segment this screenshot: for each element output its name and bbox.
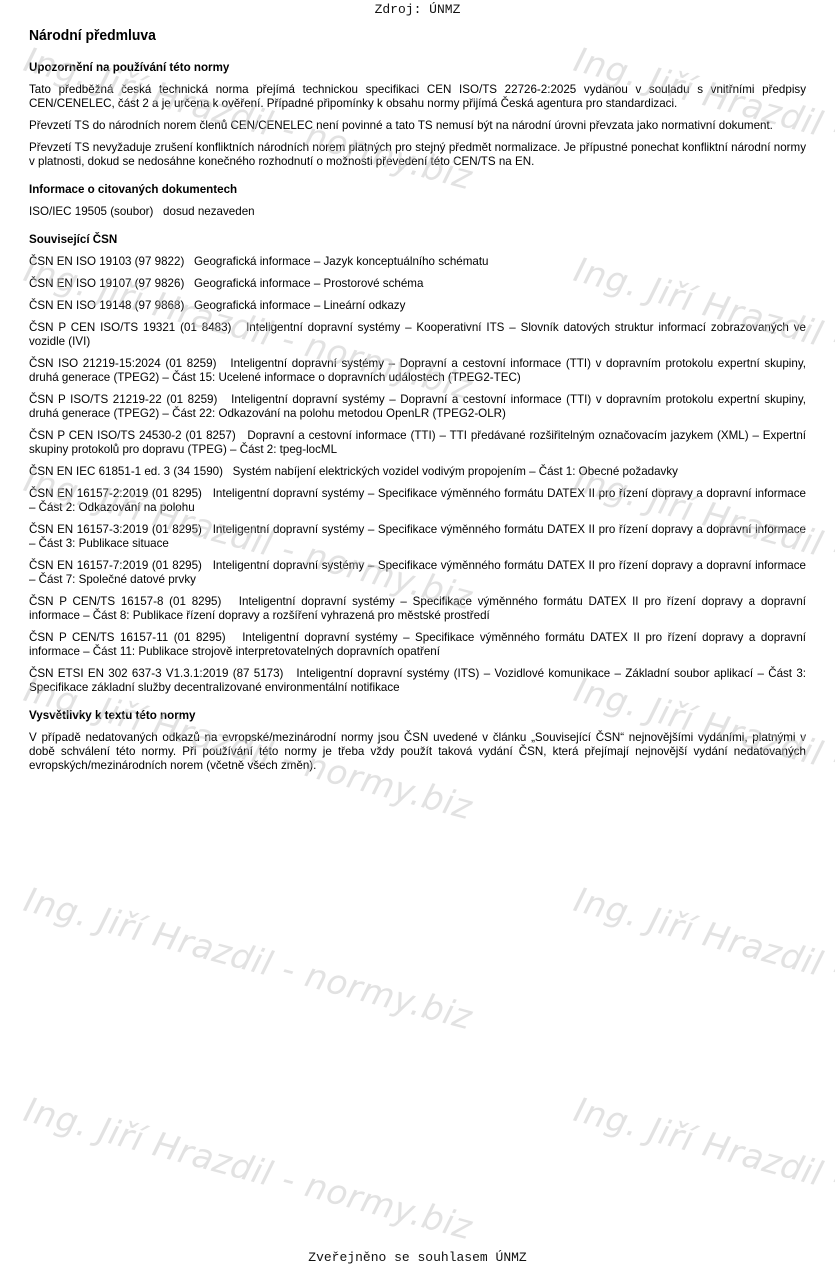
watermark-text: Ing. Jiří Hrazdil - normy.biz xyxy=(570,1090,835,1248)
section-related-standards: Související ČSN ČSN EN ISO 19103 (97 982… xyxy=(29,233,806,695)
reference-item: ČSN ISO 21219-15:2024 (01 8259) Intelige… xyxy=(29,357,806,385)
reference-separator xyxy=(221,595,238,608)
source-footer: Zveřejněno se souhlasem ÚNMZ xyxy=(0,1250,835,1265)
watermark-text: Ing. Jiří Hrazdil - normy.biz xyxy=(570,880,835,1038)
reference-separator xyxy=(217,393,231,406)
reference-code: ISO/IEC 19505 (soubor) xyxy=(29,205,153,218)
reference-code: ČSN EN 16157-2:2019 (01 8295) xyxy=(29,487,202,500)
reference-title: Systém nabíjení elektrických vozidel vod… xyxy=(233,465,678,478)
reference-item: ČSN EN ISO 19107 (97 9826) Geografická i… xyxy=(29,277,806,291)
reference-code: ČSN EN 16157-3:2019 (01 8295) xyxy=(29,523,202,536)
reference-separator xyxy=(236,429,248,442)
reference-code: ČSN P ISO/TS 21219-22 (01 8259) xyxy=(29,393,217,406)
notice-paragraph: Převzetí TS nevyžaduje zrušení konfliktn… xyxy=(29,141,806,169)
reference-separator xyxy=(223,465,233,478)
reference-code: ČSN EN IEC 61851-1 ed. 3 (34 1590) xyxy=(29,465,223,478)
cited-heading: Informace o citovaných dokumentech xyxy=(29,183,806,197)
reference-separator xyxy=(283,667,296,680)
reference-separator xyxy=(202,559,213,572)
reference-title: Geografická informace – Jazyk konceptuál… xyxy=(194,255,489,268)
watermark-text: Ing. Jiří Hrazdil - normy.biz xyxy=(20,880,477,1038)
reference-separator xyxy=(184,299,194,312)
document-title: Národní předmluva xyxy=(29,27,775,45)
reference-item: ISO/IEC 19505 (soubor) dosud nezaveden xyxy=(29,205,806,219)
reference-item: ČSN P CEN ISO/TS 24530-2 (01 8257) Dopra… xyxy=(29,429,806,457)
reference-separator xyxy=(202,487,213,500)
reference-code: ČSN ISO 21219-15:2024 (01 8259) xyxy=(29,357,216,370)
reference-code: ČSN P CEN/TS 16157-11 (01 8295) xyxy=(29,631,226,644)
notice-paragraph: Tato předběžná česká technická norma pře… xyxy=(29,83,806,111)
related-heading: Související ČSN xyxy=(29,233,806,247)
reference-item: ČSN EN IEC 61851-1 ed. 3 (34 1590) Systé… xyxy=(29,465,806,479)
reference-separator xyxy=(231,321,246,334)
reference-code: ČSN EN 16157-7:2019 (01 8295) xyxy=(29,559,202,572)
watermark-text: Ing. Jiří Hrazdil - normy.biz xyxy=(20,1090,477,1248)
related-list: ČSN EN ISO 19103 (97 9822) Geografická i… xyxy=(29,255,806,695)
reference-separator xyxy=(226,631,243,644)
reference-separator xyxy=(202,523,213,536)
reference-item: ČSN EN ISO 19148 (97 9868) Geografická i… xyxy=(29,299,806,313)
reference-code: ČSN P CEN ISO/TS 24530-2 (01 8257) xyxy=(29,429,236,442)
reference-separator xyxy=(184,277,194,290)
reference-item: ČSN P CEN/TS 16157-8 (01 8295) Inteligen… xyxy=(29,595,806,623)
reference-item: ČSN EN ISO 19103 (97 9822) Geografická i… xyxy=(29,255,806,269)
explanations-heading: Vysvětlivky k textu této normy xyxy=(29,709,806,723)
reference-code: ČSN EN ISO 19103 (97 9822) xyxy=(29,255,184,268)
reference-title: Geografická informace – Prostorové schém… xyxy=(194,277,423,290)
reference-separator xyxy=(184,255,194,268)
reference-item: ČSN EN 16157-3:2019 (01 8295) Inteligent… xyxy=(29,523,806,551)
notice-paragraph: Převzetí TS do národních norem členů CEN… xyxy=(29,119,806,133)
cited-list: ISO/IEC 19505 (soubor) dosud nezaveden xyxy=(29,205,806,219)
reference-title: dosud nezaveden xyxy=(163,205,255,218)
reference-separator xyxy=(216,357,230,370)
explanations-paragraph: V případě nedatovaných odkazů na evropsk… xyxy=(29,731,806,773)
section-explanations: Vysvětlivky k textu této normy V případě… xyxy=(29,709,806,773)
reference-item: ČSN ETSI EN 302 637-3 V1.3.1:2019 (87 51… xyxy=(29,667,806,695)
reference-code: ČSN EN ISO 19107 (97 9826) xyxy=(29,277,184,290)
reference-item: ČSN P ISO/TS 21219-22 (01 8259) Intelige… xyxy=(29,393,806,421)
reference-item: ČSN EN 16157-2:2019 (01 8295) Inteligent… xyxy=(29,487,806,515)
reference-code: ČSN ETSI EN 302 637-3 V1.3.1:2019 (87 51… xyxy=(29,667,283,680)
reference-item: ČSN EN 16157-7:2019 (01 8295) Inteligent… xyxy=(29,559,806,587)
section-notice: Upozornění na používání této normy Tato … xyxy=(29,61,806,169)
document-content: Národní předmluva Upozornění na používán… xyxy=(29,27,806,787)
section-cited-documents: Informace o citovaných dokumentech ISO/I… xyxy=(29,183,806,219)
reference-title: Geografická informace – Lineární odkazy xyxy=(194,299,405,312)
document-page: Zdroj: ÚNMZ Národní předmluva Upozornění… xyxy=(0,0,835,1269)
reference-item: ČSN P CEN ISO/TS 19321 (01 8483) Intelig… xyxy=(29,321,806,349)
reference-item: ČSN P CEN/TS 16157-11 (01 8295) Intelige… xyxy=(29,631,806,659)
notice-heading: Upozornění na používání této normy xyxy=(29,61,806,75)
reference-code: ČSN P CEN ISO/TS 19321 (01 8483) xyxy=(29,321,231,334)
reference-code: ČSN P CEN/TS 16157-8 (01 8295) xyxy=(29,595,221,608)
source-header: Zdroj: ÚNMZ xyxy=(0,2,835,17)
reference-code: ČSN EN ISO 19148 (97 9868) xyxy=(29,299,184,312)
reference-separator xyxy=(153,205,163,218)
